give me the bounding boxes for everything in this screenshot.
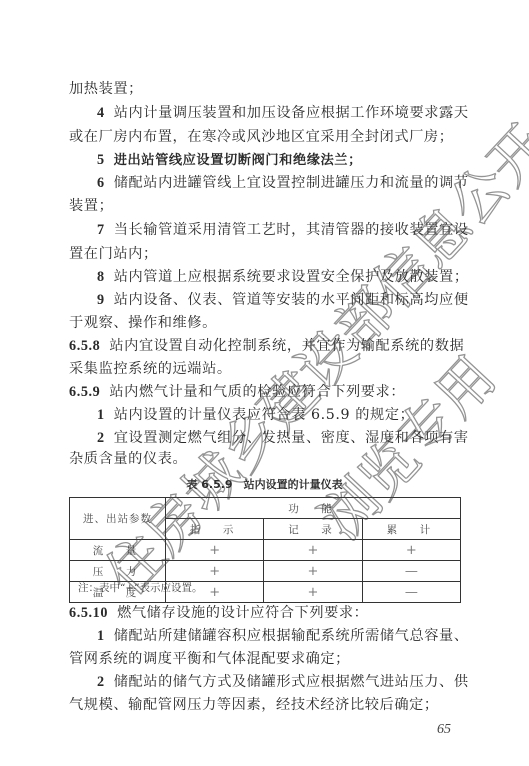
item-6-cont: 装置； (69, 197, 461, 215)
item-9: 9站内设备、仪表、管道等安装的水平间距和标高均应便 (97, 291, 461, 309)
cell: + (166, 540, 264, 561)
item-text: 站内计量调压装置和加压设备应根据工作环境要求露天 (114, 105, 469, 121)
item-1-cont: 管网系统的调度平衡和气体混配要求确定； (69, 650, 461, 668)
item-number: 7 (97, 222, 105, 238)
item-9-cont: 于观察、操作和维修。 (69, 314, 461, 332)
item-number: 8 (97, 269, 105, 285)
item-4-cont: 或在厂房内布置，在寒冷或风沙地区宜采用全封闭式厂房； (69, 128, 461, 146)
clause-text: 燃气储存设施的设计应符合下列要求： (117, 605, 368, 621)
item-text: 进出站管线应设置切断阀门和绝缘法兰； (114, 153, 362, 168)
item-text: 站内设备、仪表、管道等安装的水平间距和标高均应便 (114, 292, 469, 308)
page-number: 65 (437, 722, 451, 738)
paragraph-line: 加热装置； (69, 80, 461, 98)
item-4: 4站内计量调压装置和加压设备应根据工作环境要求露天 (97, 104, 461, 122)
clause-number: 6.5.10 (69, 605, 108, 621)
item-number: 9 (97, 292, 105, 308)
item-2: 2储配站的储气方式及储罐形式应根据燃气进站压力、供 (97, 673, 461, 691)
item-2-cont: 气规模、输配管网压力等因素，经技术经济比较后确定； (69, 696, 461, 714)
item-number: 1 (97, 628, 105, 644)
item-text: 站内设置的计量仪表应符合表 6.5.9 的规定； (114, 407, 415, 423)
item-text: 当长输管道采用清管工艺时，其清管器的接收装置宜设 (114, 222, 469, 238)
item-text: 储配站的储气方式及储罐形式应根据燃气进站压力、供 (114, 674, 469, 690)
clause-number: 6.5.9 (69, 384, 100, 400)
cell: + (166, 561, 264, 582)
item-1: 1站内设置的计量仪表应符合表 6.5.9 的规定； (97, 406, 461, 424)
table-row: 压 力 + + — (70, 561, 461, 582)
clause-6-5-9: 6.5.9站内燃气计量和气质的检验应符合下列要求： (69, 383, 461, 401)
item-number: 5 (97, 152, 105, 168)
item-7: 7当长输管道采用清管工艺时，其清管器的接收装置宜设 (97, 221, 461, 239)
clause-6-5-10: 6.5.10燃气储存设施的设计应符合下列要求： (69, 604, 461, 622)
cell: + (264, 561, 362, 582)
col-indicate: 指 示 (166, 519, 264, 540)
table-row: 流 量 + + + (70, 540, 461, 561)
item-2: 2宜设置测定燃气组分、发热量、密度、湿度和各项有害 (97, 429, 461, 447)
cell: — (362, 582, 460, 603)
table-note: 注：表中“+”表示应设置。 (78, 580, 203, 595)
table-caption: 表 6.5.9 站内设置的计量仪表 (0, 476, 529, 492)
clause-text: 站内燃气计量和气质的检验应符合下列要求： (109, 384, 405, 400)
row-param: 压 力 (70, 561, 166, 582)
item-number: 1 (97, 407, 105, 423)
item-number: 4 (97, 105, 105, 121)
item-text: 储配站内进罐管线上宜设置控制进罐压力和流量的调节 (114, 175, 469, 191)
col-accumulate: 累 计 (362, 519, 460, 540)
item-8: 8站内管道上应根据系统要求设置安全保护及放散装置； (97, 268, 461, 286)
header-group: 功 能 (166, 498, 461, 519)
cell: + (362, 540, 460, 561)
item-1: 1储配站所建储罐容积应根据输配系统所需储气总容量、 (97, 627, 461, 645)
clause-6-5-8: 6.5.8站内宜设置自动化控制系统，并宜作为输配系统的数据 (69, 337, 461, 355)
item-number: 2 (97, 430, 105, 446)
item-number: 2 (97, 674, 105, 690)
item-6: 6储配站内进罐管线上宜设置控制进罐压力和流量的调节 (97, 174, 461, 192)
item-text: 站内管道上应根据系统要求设置安全保护及放散装置； (114, 269, 469, 285)
clause-6-5-8-cont: 采集监控系统的远端站。 (69, 360, 461, 378)
item-5: 5进出站管线应设置切断阀门和绝缘法兰； (97, 151, 461, 170)
item-number: 6 (97, 175, 105, 191)
cell: + (264, 582, 362, 603)
clause-number: 6.5.8 (69, 338, 100, 354)
cell: + (264, 540, 362, 561)
item-2-cont: 杂质含量的仪表。 (69, 450, 461, 468)
clause-text: 站内宜设置自动化控制系统，并宜作为输配系统的数据 (109, 338, 464, 354)
item-7-cont: 置在门站内； (69, 245, 461, 263)
cell: — (362, 561, 460, 582)
row-param: 流 量 (70, 540, 166, 561)
item-text: 宜设置测定燃气组分、发热量、密度、湿度和各项有害 (114, 430, 469, 446)
header-param: 进、出站参数 (70, 498, 166, 540)
item-text: 储配站所建储罐容积应根据输配系统所需储气总容量、 (114, 628, 469, 644)
col-record: 记 录 (264, 519, 362, 540)
